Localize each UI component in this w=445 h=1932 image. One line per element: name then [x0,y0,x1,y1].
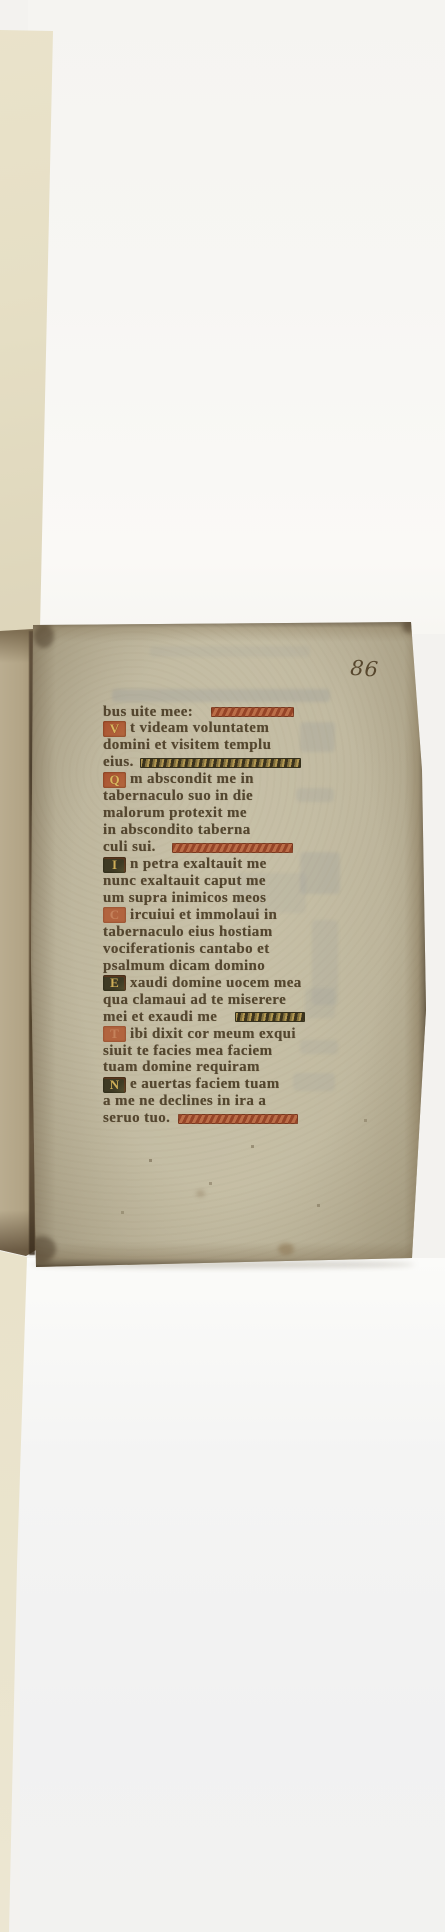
illuminated-initial: V [103,721,126,737]
script-line-text: xaudi domine uocem mea [130,975,302,992]
script-line-text: domini et visitem templu [103,737,271,754]
script-line: Circuiui et immolaui in [103,907,277,924]
show-through-smudge [112,689,330,702]
script-line: tabernaculo suo in die [103,788,253,805]
script-line-text: ibi dixit cor meum exqui [130,1026,296,1043]
script-line: eius. [103,754,301,771]
book: 86 bus uite mee:Vt videam voluntatemdomi… [0,0,445,1932]
script-line-text: qua clamaui ad te miserere [103,992,286,1009]
show-through-smudge [300,722,335,752]
script-line-text: seruo tuo. [103,1110,170,1127]
script-line-text: tabernaculo suo in die [103,788,253,805]
illuminated-initial: T [103,1026,126,1042]
script-line-text: m abscondit me in [130,771,254,788]
script-line: Tibi dixit cor meum exqui [103,1026,296,1043]
script-line-text: ircuiui et immolaui in [130,907,277,924]
script-line: bus uite mee: [103,704,294,721]
script-line-text: siuit te facies mea faciem [103,1043,273,1060]
script-line-text: t videam voluntatem [130,720,269,737]
script-line-text: malorum protexit me [103,805,247,822]
script-line-text: culi sui. [103,839,156,856]
script-line: tabernaculo eius hostiam [103,924,273,941]
script-line-text: vociferationis cantabo et [103,941,270,958]
script-line: um supra inimicos meos [103,890,266,907]
show-through-smudge [300,852,340,894]
script-line: In petra exaltauit me [103,856,267,873]
script-line: Vt videam voluntatem [103,720,269,737]
show-through-smudge [305,988,335,1018]
parchment-speckles [0,0,1,1]
script-line: Ne auertas faciem tuam [103,1076,280,1093]
script-line: malorum protexit me [103,805,247,822]
script-line: domini et visitem templu [103,737,271,754]
script-line-text: bus uite mee: [103,704,193,721]
script-line: qua clamaui ad te miserere [103,992,286,1009]
script-line: Exaudi domine uocem mea [103,975,302,992]
script-line: in abscondito taberna [103,822,251,839]
script-line: vociferationis cantabo et [103,941,270,958]
show-through-smudge [150,646,310,657]
script-line-text: nunc exaltauit caput me [103,873,266,890]
corner-darkening [402,621,416,633]
manuscript-photograph: 86 bus uite mee:Vt videam voluntatemdomi… [0,0,445,1932]
script-line: Qm abscondit me in [103,771,254,788]
script-line-text: e auertas faciem tuam [130,1076,280,1093]
line-filler-ornament [235,1012,305,1022]
illuminated-initial: Q [103,772,126,788]
script-line-text: eius. [103,754,134,771]
corner-darkening [34,624,54,648]
script-line: nunc exaltauit caput me [103,873,266,890]
script-line-text: tuam domine requiram [103,1059,260,1076]
script-line: tuam domine requiram [103,1059,260,1076]
script-line: seruo tuo. [103,1110,298,1127]
script-line: a me ne declines in ira a [103,1093,266,1110]
script-line: mei et exaudi me [103,1009,305,1026]
script-line-text: tabernaculo eius hostiam [103,924,273,941]
script-line-text: in abscondito taberna [103,822,251,839]
line-filler-ornament [178,1114,298,1124]
script-line-text: um supra inimicos meos [103,890,266,907]
script-line: psalmum dicam domino [103,958,265,975]
illuminated-initial: C [103,907,126,923]
manuscript-page: 86 bus uite mee:Vt videam voluntatemdomi… [0,0,445,1932]
illuminated-initial: N [103,1077,126,1093]
line-filler-ornament [211,707,294,717]
script-line-text: a me ne declines in ira a [103,1093,266,1110]
script-line-text: psalmum dicam domino [103,958,265,975]
illuminated-initial: I [103,857,126,873]
script-line-text: mei et exaudi me [103,1009,217,1026]
illuminated-initial: E [103,975,126,991]
line-filler-ornament [140,758,301,768]
script-line: culi sui. [103,839,293,856]
script-line: siuit te facies mea faciem [103,1043,273,1060]
line-filler-ornament [172,843,293,853]
show-through-smudge [293,1073,335,1091]
show-through-smudge [296,788,334,802]
script-line-text: n petra exaltauit me [130,856,267,873]
show-through-smudge [300,1040,338,1054]
